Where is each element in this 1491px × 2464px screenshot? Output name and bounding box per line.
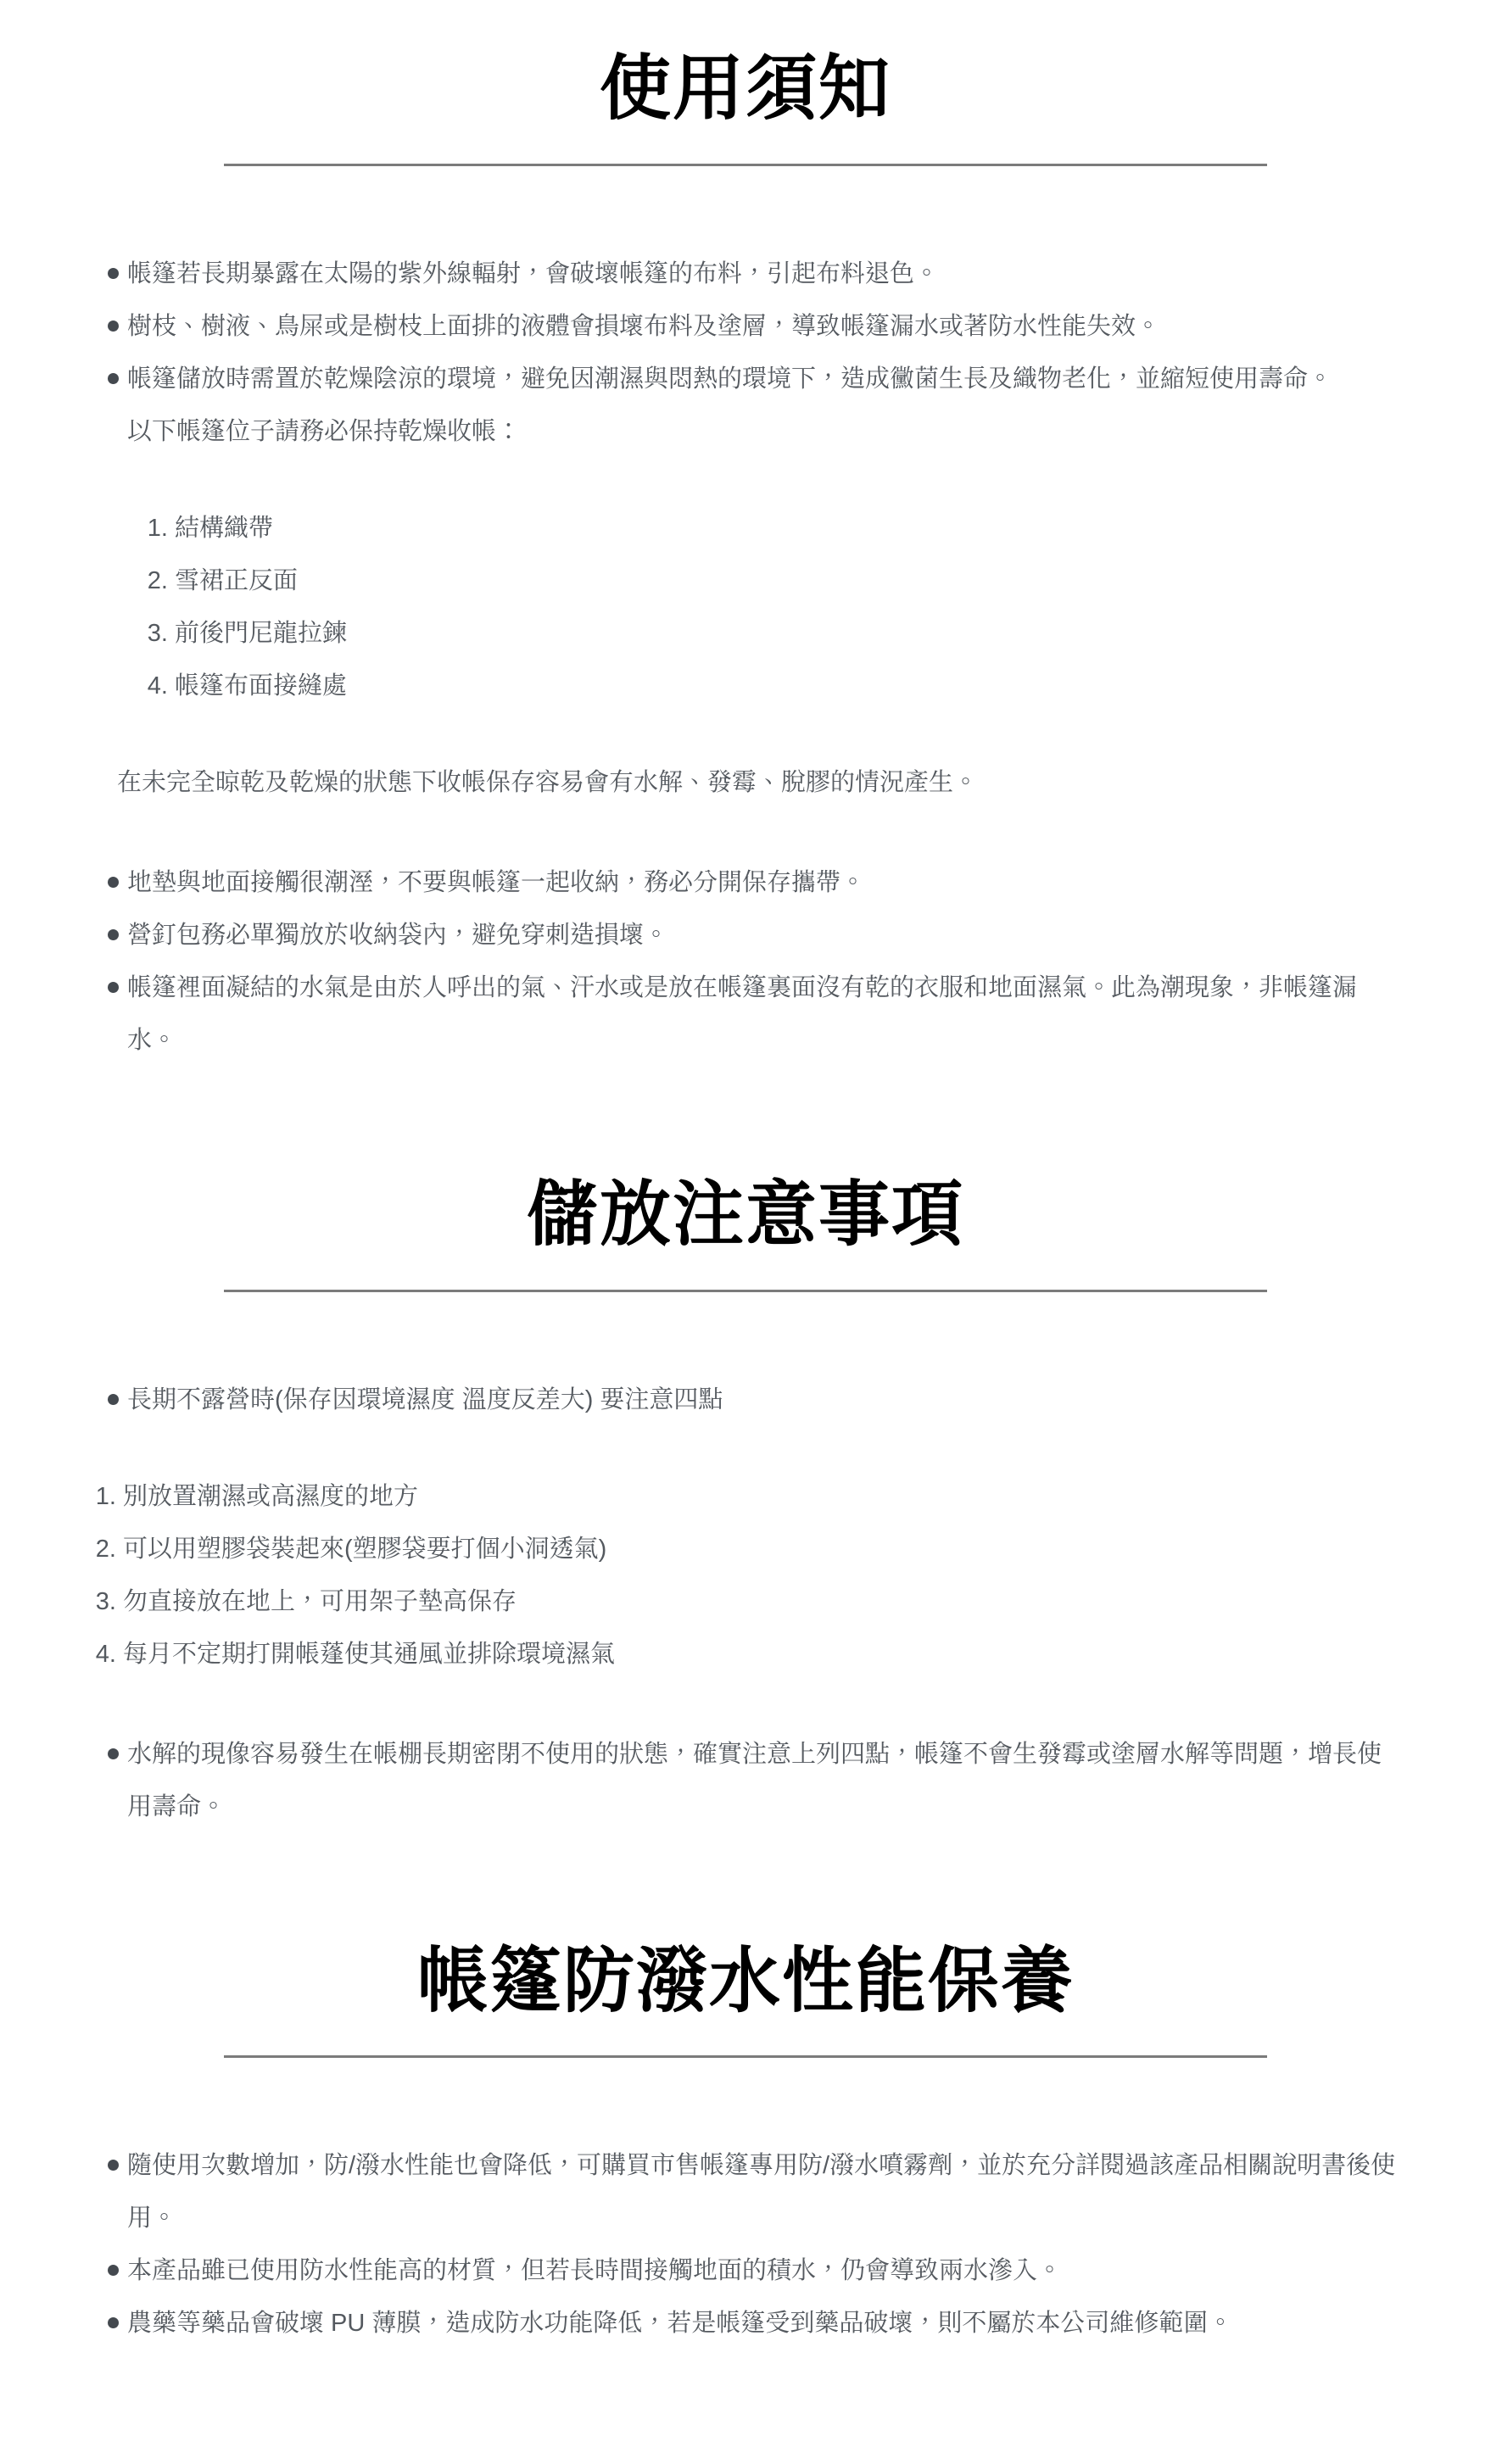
bullet-list: 地墊與地面接觸很潮溼，不要與帳篷一起收納，務必分開保存攜帶。 營釘包務必單獨放於…	[89, 856, 1402, 1067]
list-item: 地墊與地面接觸很潮溼，不要與帳篷一起收納，務必分開保存攜帶。	[127, 856, 1402, 909]
list-item: 帳篷若長期暴露在太陽的紫外線輻射，會破壞帳篷的布料，引起布料退色。	[127, 248, 1402, 300]
list-item: 帳篷儲放時需置於乾燥陰涼的環境，避免因潮濕與悶熱的環境下，造成黴菌生長及織物老化…	[127, 353, 1402, 712]
numbered-list: 結構織帶 雪裙正反面 前後門尼龍拉鍊 帳篷布面接縫處	[127, 502, 1402, 712]
bullet-list: 長期不露營時(保存因環境濕度 溫度反差大) 要注意四點	[89, 1374, 1402, 1426]
numbered-item: 帳篷布面接縫處	[175, 660, 1402, 712]
numbered-item: 可以用塑膠袋裝起來(塑膠袋要打個小洞透氣)	[123, 1523, 1402, 1575]
section-usage-notes: 使用須知 帳篷若長期暴露在太陽的紫外線輻射，會破壞帳篷的布料，引起布料退色。 樹…	[89, 46, 1402, 1067]
section-body: 帳篷若長期暴露在太陽的紫外線輻射，會破壞帳篷的布料，引起布料退色。 樹枝、樹液、…	[89, 248, 1402, 1067]
numbered-item: 前後門尼龍拉鍊	[175, 607, 1402, 660]
numbered-item: 勿直接放在地上，可用架子墊高保存	[123, 1575, 1402, 1628]
section-water-repellent-care: 帳篷防潑水性能保養 隨使用次數增加，防/潑水性能也會降低，可購買市售帳篷專用防/…	[89, 1938, 1402, 2350]
section-body: 隨使用次數增加，防/潑水性能也會降低，可購買市售帳篷專用防/潑水噴霧劑，並於充分…	[89, 2139, 1402, 2350]
page: { "theme": { "background": "#ffffff", "h…	[0, 0, 1491, 2464]
section-divider	[224, 1290, 1267, 1292]
list-item-text: 帳篷儲放時需置於乾燥陰涼的環境，避免因潮濕與悶熱的環境下，造成黴菌生長及織物老化…	[127, 365, 1332, 393]
list-item: 樹枝、樹液、鳥屎或是樹枝上面排的液體會損壞布料及塗層，導致帳篷漏水或著防水性能失…	[127, 300, 1402, 353]
numbered-item: 雪裙正反面	[175, 555, 1402, 607]
list-item: 營釘包務必單獨放於收納袋內，避免穿刺造損壞。	[127, 909, 1402, 962]
numbered-list: 別放置潮濕或高濕度的地方 可以用塑膠袋裝起來(塑膠袋要打個小洞透氣) 勿直接放在…	[89, 1470, 1402, 1681]
section-storage-notes: 儲放注意事項 長期不露營時(保存因環境濕度 溫度反差大) 要注意四點 別放置潮濕…	[89, 1172, 1402, 1833]
bullet-list: 隨使用次數增加，防/潑水性能也會降低，可購買市售帳篷專用防/潑水噴霧劑，並於充分…	[89, 2139, 1402, 2350]
section-title-water-repellent-care: 帳篷防潑水性能保養	[89, 1938, 1402, 2024]
section-divider	[224, 164, 1267, 166]
bullet-list: 水解的現像容易發生在帳棚長期密閉不使用的狀態，確實注意上列四點，帳篷不會生發霉或…	[89, 1728, 1402, 1833]
list-item: 長期不露營時(保存因環境濕度 溫度反差大) 要注意四點	[127, 1374, 1402, 1426]
section-divider	[224, 2055, 1267, 2058]
list-item: 帳篷裡面凝結的水氣是由於人呼出的氣、汗水或是放在帳篷裏面沒有乾的衣服和地面濕氣。…	[127, 962, 1402, 1067]
note-paragraph: 在未完全晾乾及乾燥的狀態下收帳保存容易會有水解、發霉、脫膠的情況產生。	[117, 756, 1402, 809]
numbered-item: 每月不定期打開帳蓬使其通風並排除環境濕氣	[123, 1628, 1402, 1681]
section-title-storage-notes: 儲放注意事項	[89, 1172, 1402, 1257]
page-content: 使用須知 帳篷若長期暴露在太陽的紫外線輻射，會破壞帳篷的布料，引起布料退色。 樹…	[89, 0, 1402, 2350]
list-item: 本產品雖已使用防水性能高的材質，但若長時間接觸地面的積水，仍會導致兩水滲入。	[127, 2244, 1402, 2297]
keep-dry-note: 以下帳篷位子請務必保持乾燥收帳：	[127, 405, 1402, 458]
section-title-usage-notes: 使用須知	[89, 46, 1402, 131]
numbered-item: 別放置潮濕或高濕度的地方	[123, 1470, 1402, 1523]
numbered-item: 結構織帶	[175, 502, 1402, 555]
list-item: 水解的現像容易發生在帳棚長期密閉不使用的狀態，確實注意上列四點，帳篷不會生發霉或…	[127, 1728, 1402, 1833]
section-body: 長期不露營時(保存因環境濕度 溫度反差大) 要注意四點 別放置潮濕或高濕度的地方…	[89, 1374, 1402, 1833]
bullet-list: 帳篷若長期暴露在太陽的紫外線輻射，會破壞帳篷的布料，引起布料退色。 樹枝、樹液、…	[89, 248, 1402, 712]
list-item: 隨使用次數增加，防/潑水性能也會降低，可購買市售帳篷專用防/潑水噴霧劑，並於充分…	[127, 2139, 1402, 2244]
list-item: 農藥等藥品會破壞 PU 薄膜，造成防水功能降低，若是帳篷受到藥品破壞，則不屬於本…	[127, 2297, 1402, 2350]
